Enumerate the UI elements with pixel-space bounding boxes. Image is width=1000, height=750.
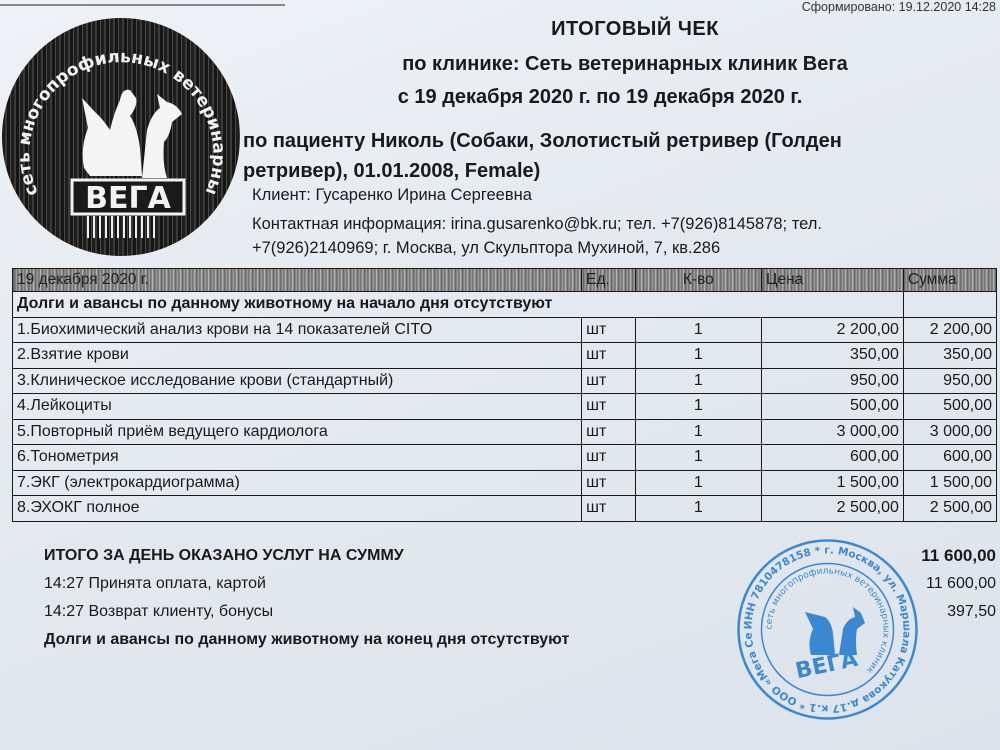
table-row: 2.Взятие кровишт1350,00350,00 [13,343,997,369]
service-qty: 1 [635,394,761,420]
contact-line-2: +7(926)2140969; г. Москва, ул Скульптора… [252,236,992,260]
col-unit: Ед. [582,269,635,292]
service-name: 6.Тонометрия [13,445,582,471]
service-price: 1 500,00 [762,470,904,496]
service-unit: шт [582,496,635,522]
service-name: 2.Взятие крови [13,343,582,369]
service-qty: 1 [635,470,761,496]
service-sum: 950,00 [903,368,996,394]
service-name: 1.Биохимический анализ крови на 14 показ… [13,317,582,343]
client-name: Клиент: Гусаренко Ирина Сергеевна [252,186,532,205]
stamp-brand: ВЕГА [793,647,860,685]
service-sum: 350,00 [903,343,996,369]
debt-start-text: Долги и авансы по данному животному на н… [13,292,904,318]
table-row: 7.ЭКГ (электрокардиограмма)шт11 500,001 … [13,470,997,496]
table-date: 19 декабря 2020 г. [13,269,582,292]
refund-label: 14:27 Возврат клиенту, бонусы [44,598,273,626]
services-table: 19 декабря 2020 г. Ед. К-во Цена Сумма Д… [12,268,997,522]
service-price: 2 200,00 [762,317,904,343]
service-sum: 3 000,00 [903,419,996,445]
patient-info: по пациенту Николь (Собаки, Золотистый р… [243,126,993,186]
day-total-value: 11 600,00 [921,542,996,570]
debt-start-row: Долги и авансы по данному животному на н… [13,292,997,318]
col-price: Цена [762,269,904,292]
receipt-title: ИТОГОВЫЙ ЧЕК [270,18,1000,41]
day-total-label: ИТОГО ЗА ДЕНЬ ОКАЗАНО УСЛУГ НА СУММУ [44,542,404,570]
service-unit: шт [582,368,635,394]
service-unit: шт [582,445,635,471]
service-name: 4.Лейкоциты [13,394,582,420]
svg-text:ВЕГА: ВЕГА [85,181,171,216]
service-price: 600,00 [762,445,904,471]
service-price: 350,00 [762,343,904,369]
contact-line-1: Контактная информация: irina.gusarenko@b… [252,212,992,236]
table-row: 1.Биохимический анализ крови на 14 показ… [13,317,997,343]
service-unit: шт [582,343,635,369]
contact-info: Контактная информация: irina.gusarenko@b… [252,212,992,260]
service-name: 7.ЭКГ (электрокардиограмма) [13,470,582,496]
table-row: 5.Повторный приём ведущего кардиологашт1… [13,419,997,445]
service-unit: шт [582,419,635,445]
top-rule [0,0,285,6]
col-sum: Сумма [903,269,996,292]
service-name: 3.Клиническое исследование крови (станда… [13,368,582,394]
service-sum: 2 500,00 [903,496,996,522]
service-qty: 1 [635,368,761,394]
service-price: 2 500,00 [762,496,904,522]
service-name: 5.Повторный приём ведущего кардиолога [13,419,582,445]
service-sum: 500,00 [903,394,996,420]
generated-timestamp: Сформировано: 19.12.2020 14:28 [802,0,996,14]
service-qty: 1 [635,343,761,369]
col-qty: К-во [635,269,761,292]
service-sum: 2 200,00 [903,317,996,343]
service-unit: шт [582,394,635,420]
stamp-logo-icon [805,607,865,655]
service-unit: шт [582,470,635,496]
refund-value: 397,50 [947,598,996,626]
clinic-line: по клинике: Сеть ветеринарных клиник Вег… [250,53,1000,76]
cat-and-dog-silhouette-icon [82,90,182,178]
service-sum: 1 500,00 [903,470,996,496]
service-unit: шт [582,317,635,343]
service-qty: 1 [635,496,761,522]
table-header-row: 19 декабря 2020 г. Ед. К-во Цена Сумма [13,269,997,292]
clinic-stamp: ИНН 7810478158 * г. Москва, ул. Маршала … [735,537,920,722]
patient-line-1: по пациенту Николь (Собаки, Золотистый р… [243,126,993,156]
payment-value: 11 600,00 [926,570,996,598]
patient-line-2: ретривер), 01.01.2008, Female) [243,156,993,186]
table-row: 6.Тонометрияшт1600,00600,00 [13,445,997,471]
service-price: 950,00 [762,368,904,394]
service-price: 500,00 [762,394,904,420]
table-row: 4.Лейкоцитышт1500,00500,00 [13,394,997,420]
table-row: 3.Клиническое исследование крови (станда… [13,368,997,394]
clinic-logo: сеть многопрофильных ветеринарных клиник… [2,18,240,256]
service-price: 3 000,00 [762,419,904,445]
service-qty: 1 [635,445,761,471]
service-qty: 1 [635,317,761,343]
period-line: с 19 декабря 2020 г. по 19 декабря 2020 … [200,86,1000,109]
payment-label: 14:27 Принята оплата, картой [44,570,266,598]
table-row: 8.ЭХОКГ полноешт12 500,002 500,00 [13,496,997,522]
service-sum: 600,00 [903,445,996,471]
service-name: 8.ЭХОКГ полное [13,496,582,522]
service-qty: 1 [635,419,761,445]
receipt-title-block: ИТОГОВЫЙ ЧЕК по клинике: Сеть ветеринарн… [240,18,1000,109]
debt-end-text: Долги и авансы по данному животному на к… [44,626,569,654]
